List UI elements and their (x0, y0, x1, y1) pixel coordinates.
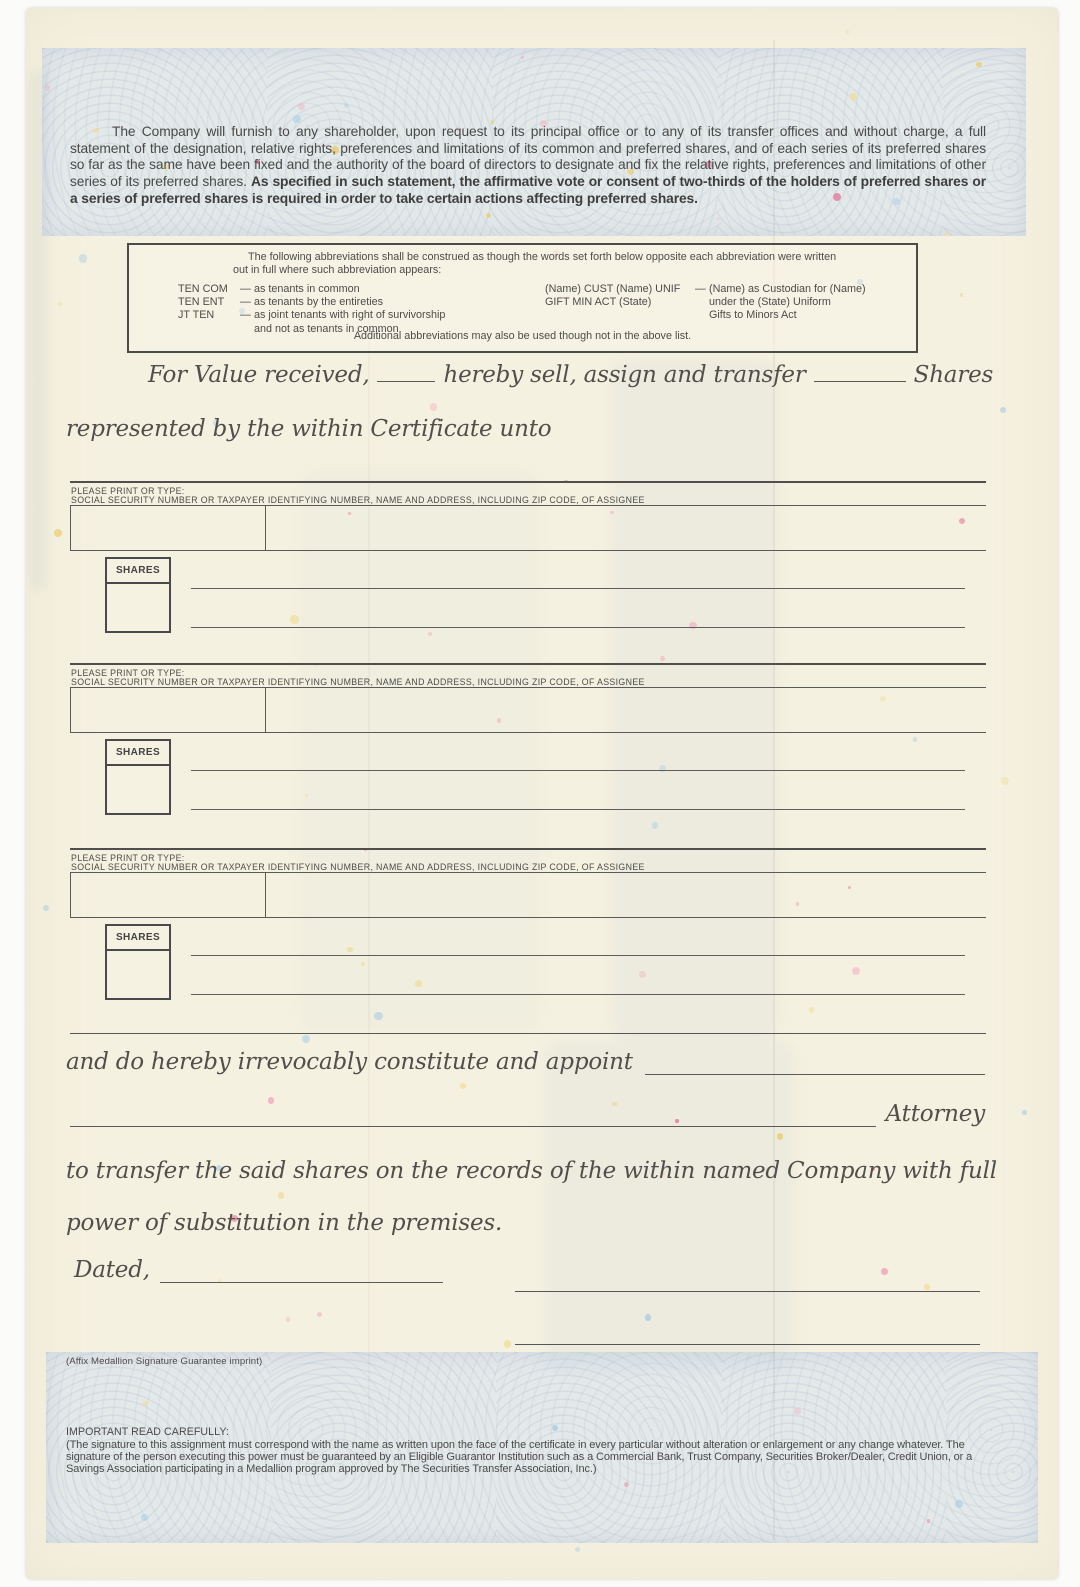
abbreviation-row: TEN COM — as tenants in common (178, 283, 445, 296)
abbr-dash: — (240, 309, 254, 322)
abbr-term: TEN ENT (178, 296, 240, 309)
abbr-dash (695, 296, 709, 309)
assignee-write-line (191, 955, 965, 956)
section-rule (70, 481, 986, 483)
appoint-text: and do hereby irrevocably constitute and… (66, 1049, 633, 1075)
furnish-statement: The Company will furnish to any sharehol… (70, 124, 986, 208)
abbreviations-intro-line1: The following abbreviations shall be con… (233, 251, 888, 264)
taxpayer-id-box (70, 505, 986, 551)
abbr-term: TEN COM (178, 283, 240, 296)
blank-share-count (814, 381, 906, 382)
abbr-term (545, 309, 695, 322)
abbr-term: (Name) CUST (Name) UNIF (545, 283, 695, 296)
abbreviations-left-column: TEN COM — as tenants in common TEN ENT —… (178, 283, 445, 336)
assignment-text: Shares (914, 362, 994, 388)
shares-label: SHARES (107, 741, 169, 766)
assignee-write-line (191, 627, 965, 628)
assignee-block-3: PLEASE PRINT OR TYPE: SOCIAL SECURITY NU… (70, 848, 986, 1008)
assignee-write-line (191, 770, 965, 771)
shares-box: SHARES (105, 557, 171, 633)
assignment-text: For Value received, (148, 362, 369, 388)
abbr-meaning: as tenants by the entireties (254, 296, 445, 309)
abbr-meaning: under the (State) Uniform (709, 296, 866, 309)
abbreviations-footnote: Additional abbreviations may also be use… (129, 330, 916, 342)
blank-attorney-name (645, 1040, 985, 1075)
abbr-meaning: as tenants in common (254, 283, 445, 296)
medallion-imprint-note: (Affix Medallion Signature Guarantee imp… (66, 1356, 262, 1367)
taxpayer-id-cell (70, 873, 266, 917)
assignment-text: hereby sell, assign and transfer (443, 362, 805, 388)
divider-rule (70, 1033, 986, 1034)
abbreviation-row: GIFT MIN ACT (State) under the (State) U… (545, 296, 866, 309)
assignee-write-line (191, 809, 965, 810)
abbr-dash (695, 309, 709, 322)
attorney-label: Attorney (886, 1101, 985, 1127)
assignment-line-2: represented by the within Certificate un… (66, 416, 551, 442)
blank-assignor (377, 381, 435, 382)
abbreviation-row: JT TEN — as joint tenants with right of … (178, 309, 445, 322)
signature-line (515, 1291, 980, 1292)
shares-label: SHARES (107, 926, 169, 951)
blank-attorney-name-continued (70, 1096, 876, 1127)
section-rule (70, 663, 986, 665)
section-rule (70, 848, 986, 850)
abbreviation-row: (Name) CUST (Name) UNIF — (Name) as Cust… (545, 283, 866, 296)
transfer-text-line: to transfer the said shares on the recor… (66, 1158, 997, 1184)
shares-label: SHARES (107, 559, 169, 584)
dated-row: Dated, (74, 1248, 443, 1283)
abbr-dash: — (240, 283, 254, 296)
important-heading: IMPORTANT READ CAREFULLY: (66, 1426, 978, 1438)
scanned-certificate: { "colors": { "paper": "#f5f1e0", "band"… (0, 0, 1080, 1587)
abbreviation-row: Gifts to Minors Act (545, 309, 866, 322)
ssn-label: SOCIAL SECURITY NUMBER OR TAXPAYER IDENT… (71, 862, 645, 872)
abbreviations-right-column: (Name) CUST (Name) UNIF — (Name) as Cust… (545, 283, 866, 323)
assignee-block-2: PLEASE PRINT OR TYPE: SOCIAL SECURITY NU… (70, 663, 986, 823)
dated-label: Dated, (74, 1257, 150, 1283)
assignee-block-1: PLEASE PRINT OR TYPE: SOCIAL SECURITY NU… (70, 481, 986, 641)
shares-box: SHARES (105, 924, 171, 1000)
taxpayer-id-cell (70, 688, 266, 732)
important-body: (The signature to this assignment must c… (66, 1439, 978, 1476)
assignee-write-line (191, 994, 965, 995)
blank-date (160, 1248, 443, 1283)
power-text-line: power of substitution in the premises. (66, 1210, 502, 1236)
abbr-meaning: (Name) as Custodian for (Name) (709, 283, 866, 296)
appoint-row: and do hereby irrevocably constitute and… (66, 1040, 985, 1075)
abbr-dash: — (695, 283, 709, 296)
abbr-term: GIFT MIN ACT (State) (545, 296, 695, 309)
taxpayer-id-cell (70, 506, 266, 550)
abbr-meaning: Gifts to Minors Act (709, 309, 866, 322)
ssn-label: SOCIAL SECURITY NUMBER OR TAXPAYER IDENT… (71, 495, 645, 505)
ssn-label: SOCIAL SECURITY NUMBER OR TAXPAYER IDENT… (71, 677, 645, 687)
abbreviations-box: The following abbreviations shall be con… (127, 243, 918, 353)
abbr-term: JT TEN (178, 309, 240, 322)
abbreviation-row: TEN ENT — as tenants by the entireties (178, 296, 445, 309)
attorney-row: Attorney (70, 1096, 985, 1127)
assignee-write-line (191, 588, 965, 589)
abbr-dash: — (240, 296, 254, 309)
taxpayer-id-box (70, 872, 986, 918)
abbreviations-intro-line2: out in full where such abbreviation appe… (233, 264, 888, 277)
abbr-meaning: as joint tenants with right of survivors… (254, 309, 445, 322)
abbreviations-intro: The following abbreviations shall be con… (233, 251, 888, 277)
taxpayer-id-box (70, 687, 986, 733)
assignment-line-1: For Value received,hereby sell, assign a… (148, 362, 993, 388)
signature-line (515, 1344, 980, 1345)
important-notice: IMPORTANT READ CAREFULLY: (The signature… (66, 1426, 978, 1476)
shares-box: SHARES (105, 739, 171, 815)
